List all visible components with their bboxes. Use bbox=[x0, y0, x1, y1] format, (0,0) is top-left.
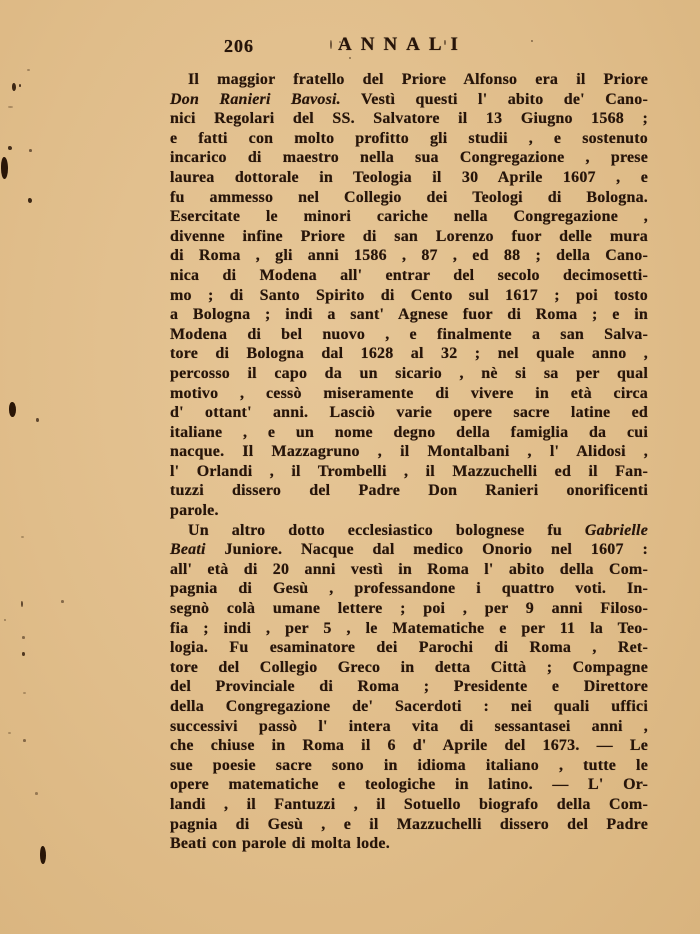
text-line: opere matematiche e teologiche in latino… bbox=[170, 775, 648, 795]
ink-speck bbox=[349, 57, 351, 59]
text-line: percosso il capo da un sicario , nè si s… bbox=[170, 364, 648, 384]
text-line: della Congregazione de' Sacerdoti : nei … bbox=[170, 697, 648, 717]
text-line: tore del Collegio Greco in detta Città ;… bbox=[170, 658, 648, 678]
ink-speck bbox=[1, 157, 8, 179]
text-segment: Il maggior fratello del Priore Alfonso e… bbox=[188, 71, 648, 88]
text-segment: Vestì questi l' abito de' Cano- bbox=[341, 91, 648, 108]
ink-speck bbox=[35, 792, 38, 795]
text-segment: Esercitate le minori cariche nella Congr… bbox=[170, 208, 648, 225]
text-line: pagnia di Gesù , e il Mazzuchelli disser… bbox=[170, 815, 648, 835]
text-segment: opere matematiche e teologiche in latino… bbox=[170, 776, 648, 793]
text-line: nica di Modena all' entrar del secolo de… bbox=[170, 266, 648, 286]
ink-speck bbox=[29, 149, 32, 152]
body-text: Il maggior fratello del Priore Alfonso e… bbox=[170, 70, 648, 854]
page-title: ANNALI bbox=[338, 34, 467, 56]
text-line: all' età di 20 anni vestì in Roma l' abi… bbox=[170, 560, 648, 580]
text-line: logia. Fu esaminatore dei Parochi di Rom… bbox=[170, 638, 648, 658]
ink-speck bbox=[27, 69, 30, 71]
text-line: l' Orlandi , il Trombelli , il Mazzuchel… bbox=[170, 462, 648, 482]
text-line: italiane , e un nome degno della famigli… bbox=[170, 423, 648, 443]
text-line: mo ; di Santo Spirito di Cento sul 1617 … bbox=[170, 286, 648, 306]
ink-speck bbox=[4, 619, 6, 621]
text-line: che chiuse in Roma il 6 d' Aprile del 16… bbox=[170, 736, 648, 756]
text-line: Esercitate le minori cariche nella Congr… bbox=[170, 207, 648, 227]
page-number: 206 bbox=[224, 36, 254, 57]
text-segment: del Provinciale di Roma ; Presidente e D… bbox=[170, 678, 648, 695]
ink-speck bbox=[8, 732, 11, 734]
italic-text: Gabrielle bbox=[585, 522, 648, 539]
text-line: successivi passò l' intera vita di sessa… bbox=[170, 717, 648, 737]
text-line: pagnia di Gesù , professandone i quattro… bbox=[170, 579, 648, 599]
text-segment: Un altro dotto ecclesiastico bolognese f… bbox=[188, 522, 585, 539]
text-segment: mo ; di Santo Spirito di Cento sul 1617 … bbox=[170, 287, 648, 304]
text-segment: logia. Fu esaminatore dei Parochi di Rom… bbox=[170, 639, 648, 656]
text-segment: di Roma , gli anni 1586 , 87 , ed 88 ; d… bbox=[170, 247, 648, 264]
text-segment: tuzzi dissero del Padre Don Ranieri onor… bbox=[170, 482, 648, 499]
text-segment: tore di Bologna dal 1628 al 32 ; nel qua… bbox=[170, 345, 648, 362]
ink-speck bbox=[531, 40, 533, 42]
text-line: del Provinciale di Roma ; Presidente e D… bbox=[170, 677, 648, 697]
ink-speck bbox=[12, 83, 16, 91]
text-segment: fu ammesso nel Collegio dei Teologi di B… bbox=[170, 189, 648, 206]
text-segment: Beati con parole di molta lode. bbox=[170, 835, 390, 852]
text-segment: fia ; indi , per 5 , le Matematiche e pe… bbox=[170, 620, 648, 637]
text-line: tuzzi dissero del Padre Don Ranieri onor… bbox=[170, 481, 648, 501]
text-line: d' ottant' anni. Lasciò varie opere sacr… bbox=[170, 403, 648, 423]
book-page: 206 ANNALI Il maggior fratello del Prior… bbox=[0, 0, 700, 934]
text-line: laurea dottorale in Teologia il 30 April… bbox=[170, 168, 648, 188]
text-segment: segnò colà umane lettere ; poi , per 9 a… bbox=[170, 600, 648, 617]
text-segment: a Bologna ; indi a sant' Agnese fuor di … bbox=[170, 306, 648, 323]
text-line: nacque. Il Mazzagruno , il Montalbani , … bbox=[170, 442, 648, 462]
ink-speck bbox=[330, 40, 332, 49]
text-segment: nica di Modena all' entrar del secolo de… bbox=[170, 267, 648, 284]
text-line: tore di Bologna dal 1628 al 32 ; nel qua… bbox=[170, 344, 648, 364]
text-segment: percosso il capo da un sicario , nè si s… bbox=[170, 365, 648, 382]
text-segment: pagnia di Gesù , e il Mazzuchelli disser… bbox=[170, 816, 648, 833]
text-segment: landi , il Fantuzzi , il Sotuello biogra… bbox=[170, 796, 648, 813]
text-line: Un altro dotto ecclesiastico bolognese f… bbox=[170, 521, 648, 541]
text-line: nici Regolari del SS. Salvatore il 13 Gi… bbox=[170, 109, 648, 129]
ink-speck bbox=[23, 739, 26, 742]
text-line: sue poesie sacre sono in idioma italiano… bbox=[170, 756, 648, 776]
text-line: motivo , cessò miseramente di vivere in … bbox=[170, 384, 648, 404]
text-line: a Bologna ; indi a sant' Agnese fuor di … bbox=[170, 305, 648, 325]
text-segment: e fatti con molto profitto gli studii , … bbox=[170, 130, 648, 147]
ink-speck bbox=[21, 601, 23, 607]
text-line: fu ammesso nel Collegio dei Teologi di B… bbox=[170, 188, 648, 208]
ink-speck bbox=[40, 846, 46, 864]
text-line: e fatti con molto profitto gli studii , … bbox=[170, 129, 648, 149]
text-segment: che chiuse in Roma il 6 d' Aprile del 16… bbox=[170, 737, 648, 754]
text-segment: motivo , cessò miseramente di vivere in … bbox=[170, 385, 648, 402]
ink-speck bbox=[8, 106, 13, 108]
text-segment: sue poesie sacre sono in idioma italiano… bbox=[170, 757, 648, 774]
text-segment: nacque. Il Mazzagruno , il Montalbani , … bbox=[170, 443, 648, 460]
text-line: landi , il Fantuzzi , il Sotuello biogra… bbox=[170, 795, 648, 815]
text-line: parole. bbox=[170, 501, 648, 521]
text-line: divenne infine Priore di san Lorenzo fuo… bbox=[170, 227, 648, 247]
text-segment: incarico di maestro nella sua Congregazi… bbox=[170, 149, 648, 166]
ink-speck bbox=[21, 536, 24, 538]
text-segment: della Congregazione de' Sacerdoti : nei … bbox=[170, 698, 648, 715]
ink-speck bbox=[9, 402, 16, 417]
text-line: di Roma , gli anni 1586 , 87 , ed 88 ; d… bbox=[170, 246, 648, 266]
text-segment: d' ottant' anni. Lasciò varie opere sacr… bbox=[170, 404, 648, 421]
text-line: Modena di bel nuovo , e finalmente a san… bbox=[170, 325, 648, 345]
text-segment: italiane , e un nome degno della famigli… bbox=[170, 424, 648, 441]
text-segment: Juniore. Nacque dal medico Onorio nel 16… bbox=[206, 541, 648, 558]
ink-speck bbox=[8, 146, 12, 150]
ink-speck bbox=[28, 198, 32, 203]
text-segment: pagnia di Gesù , professandone i quattro… bbox=[170, 580, 648, 597]
italic-text: Don Ranieri Bavosi. bbox=[170, 91, 341, 108]
text-segment: successivi passò l' intera vita di sessa… bbox=[170, 718, 648, 735]
text-line: incarico di maestro nella sua Congregazi… bbox=[170, 148, 648, 168]
text-segment: laurea dottorale in Teologia il 30 April… bbox=[170, 169, 648, 186]
ink-speck bbox=[444, 40, 446, 45]
text-segment: parole. bbox=[170, 502, 219, 519]
ink-speck bbox=[61, 600, 64, 603]
text-segment: tore del Collegio Greco in detta Città ;… bbox=[170, 659, 648, 676]
ink-speck bbox=[339, 41, 341, 43]
ink-speck bbox=[23, 692, 26, 694]
text-line: Il maggior fratello del Priore Alfonso e… bbox=[170, 70, 648, 90]
text-line: fia ; indi , per 5 , le Matematiche e pe… bbox=[170, 619, 648, 639]
text-line: segnò colà umane lettere ; poi , per 9 a… bbox=[170, 599, 648, 619]
text-segment: divenne infine Priore di san Lorenzo fuo… bbox=[170, 228, 648, 245]
italic-text: Beati bbox=[170, 541, 206, 558]
ink-speck bbox=[36, 418, 39, 422]
text-line: Don Ranieri Bavosi. Vestì questi l' abit… bbox=[170, 90, 648, 110]
text-line: Beati con parole di molta lode. bbox=[170, 834, 648, 854]
ink-speck bbox=[22, 636, 25, 639]
text-segment: Modena di bel nuovo , e finalmente a san… bbox=[170, 326, 648, 343]
text-segment: all' età di 20 anni vestì in Roma l' abi… bbox=[170, 561, 648, 578]
text-segment: nici Regolari del SS. Salvatore il 13 Gi… bbox=[170, 110, 648, 127]
ink-speck bbox=[22, 652, 25, 656]
text-segment: l' Orlandi , il Trombelli , il Mazzuchel… bbox=[170, 463, 648, 480]
text-line: Beati Juniore. Nacque dal medico Onorio … bbox=[170, 540, 648, 560]
ink-speck bbox=[19, 84, 21, 87]
